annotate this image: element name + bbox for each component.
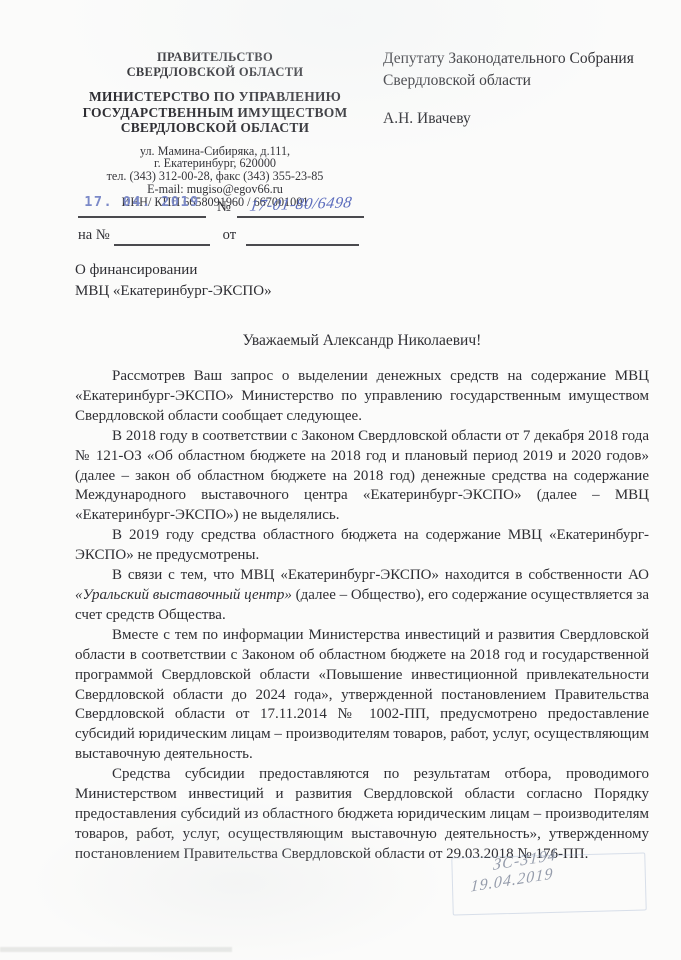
date-field: 17. 04. 2019 bbox=[78, 194, 206, 218]
from-date-field bbox=[246, 226, 359, 246]
handwritten-number: 17-01-80/6498 bbox=[248, 194, 353, 216]
paragraph-4-text: В связи с тем, что МВЦ «Екатеринбург-ЭКС… bbox=[112, 567, 649, 583]
addressee-line: Свердловской области bbox=[383, 70, 668, 92]
government-line: ПРАВИТЕЛЬСТВО bbox=[50, 50, 380, 65]
scanned-letter-page: ПРАВИТЕЛЬСТВО СВЕРДЛОВСКОЙ ОБЛАСТИ МИНИС… bbox=[0, 0, 681, 960]
letter-body: Уважаемый Александр Николаевич! Рассмотр… bbox=[75, 332, 649, 865]
salutation: Уважаемый Александр Николаевич! bbox=[75, 332, 649, 350]
ministry-line: МИНИСТЕРСТВО ПО УПРАВЛЕНИЮ bbox=[50, 89, 380, 105]
subject-block: О финансировании МВЦ «Екатеринбург-ЭКСПО… bbox=[75, 260, 272, 302]
addressee-line: Депутату Законодательного Собрания bbox=[383, 48, 668, 70]
outgoing-reference-row: 17. 04. 2019 № 17-01-80/6498 bbox=[78, 194, 366, 218]
paragraph-4: В связи с тем, что МВЦ «Екатеринбург-ЭКС… bbox=[75, 566, 649, 626]
government-line: СВЕРДЛОВСКОЙ ОБЛАСТИ bbox=[50, 65, 380, 80]
scan-edge-artifact bbox=[0, 947, 232, 952]
company-name-italic: «Уральский выставочный центр» bbox=[75, 587, 292, 603]
ministry-line: СВЕРДЛОВСКОЙ ОБЛАСТИ bbox=[50, 120, 380, 136]
paragraph-2: В 2018 году в соответствии с Законом Све… bbox=[75, 427, 649, 527]
paragraph-1: Рассмотрев Ваш запрос о выделении денежн… bbox=[75, 367, 649, 427]
addressee-block: Депутату Законодательного Собрания Сверд… bbox=[383, 48, 668, 130]
number-label: № bbox=[206, 199, 237, 218]
paragraph-3: В 2019 году средства областного бюджета … bbox=[75, 526, 649, 566]
number-field: 17-01-80/6498 bbox=[237, 194, 364, 218]
reference-block: 17. 04. 2019 № 17-01-80/6498 на № от bbox=[78, 194, 366, 246]
letterhead: ПРАВИТЕЛЬСТВО СВЕРДЛОВСКОЙ ОБЛАСТИ МИНИС… bbox=[50, 50, 380, 209]
addressee-name: А.Н. Ивачеву bbox=[383, 108, 668, 130]
reply-to-label: на № bbox=[78, 227, 114, 246]
government-name: ПРАВИТЕЛЬСТВО СВЕРДЛОВСКОЙ ОБЛАСТИ bbox=[50, 50, 380, 80]
ministry-name: МИНИСТЕРСТВО ПО УПРАВЛЕНИЮ ГОСУДАРСТВЕНН… bbox=[50, 89, 380, 136]
subject-line: МВЦ «Екатеринбург-ЭКСПО» bbox=[75, 281, 272, 302]
reply-number-field bbox=[114, 226, 210, 246]
ministry-line: ГОСУДАРСТВЕННЫМ ИМУЩЕСТВОМ bbox=[50, 105, 380, 121]
incoming-reference-row: на № от bbox=[78, 226, 366, 246]
subject-line: О финансировании bbox=[75, 260, 272, 281]
from-date-label: от bbox=[210, 227, 246, 246]
paragraph-5: Вместе с тем по информации Министерства … bbox=[75, 626, 649, 765]
date-stamp: 17. 04. 2019 bbox=[84, 194, 200, 212]
